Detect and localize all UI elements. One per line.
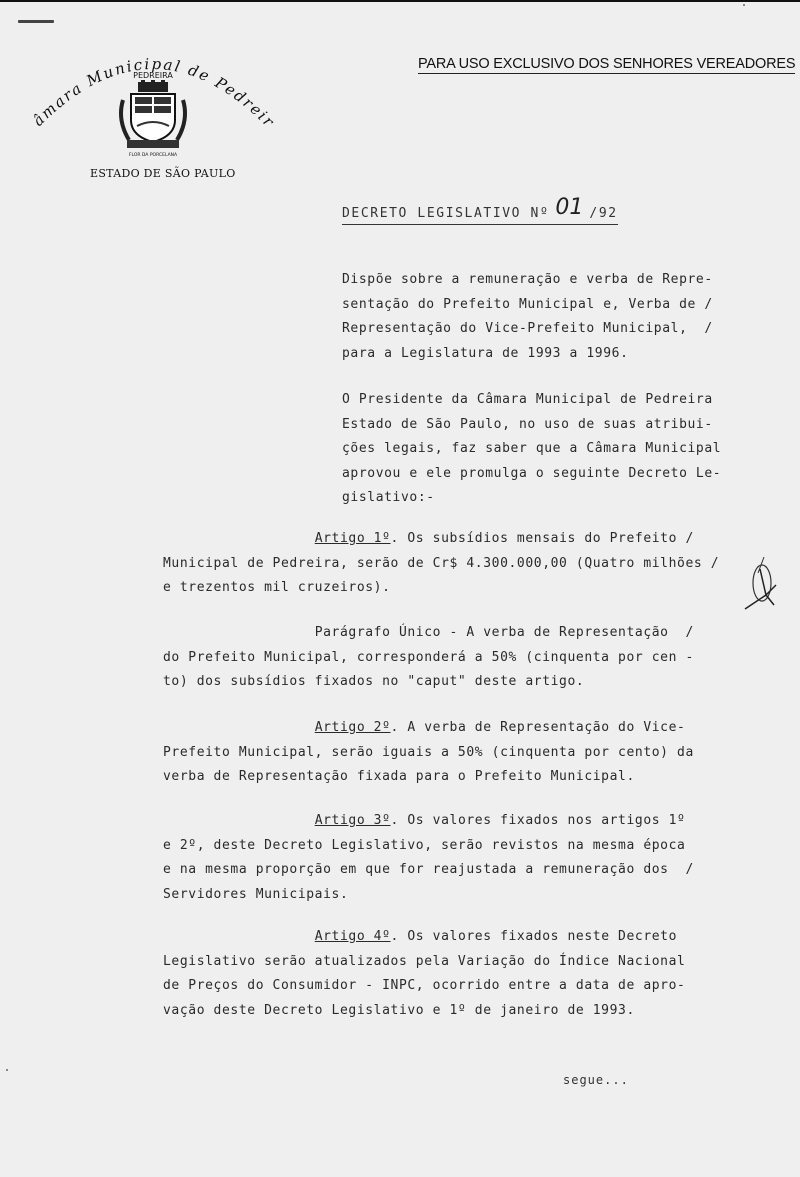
decree-title-prefix: DECRETO LEGISLATIVO Nº [342,206,549,221]
article-1: Artigo 1º. Os subsídios mensais do Prefe… [163,527,719,601]
paragraph-unico: Parágrafo Único - A verba de Representaç… [163,621,694,695]
decree-number: 01 [555,195,583,220]
article-label: Artigo 4º [315,929,391,944]
article-label: Artigo 2º [315,720,391,735]
scan-speck [743,4,745,6]
article-3: Artigo 3º. Os valores fixados nos artigo… [163,809,694,907]
article-label: Artigo 1º [315,531,391,546]
article-4: Artigo 4º. Os valores fixados neste Decr… [163,925,685,1023]
preamble: O Presidente da Câmara Municipal de Pedr… [342,388,721,511]
scan-top-edge [0,0,800,2]
continuation-note: segue... [563,1073,629,1087]
article-2: Artigo 2º. A verba de Representação do V… [163,716,694,790]
ementa: Dispõe sobre a remuneração e verba de Re… [342,268,713,366]
coat-of-arms-motto: FLOR DA PORCELANA [129,152,178,158]
coat-of-arms-banner: PEDREIRA [133,71,173,80]
chamber-seal-logo: Câmara Municipal de Pedreira PEDREIRA FL… [28,40,278,180]
exclusive-use-notice: PARA USO EXCLUSIVO DOS SENHORES VEREADOR… [418,56,795,74]
coat-of-arms-icon: PEDREIRA FLOR DA PORCELANA [121,71,185,158]
scan-mark [18,20,54,23]
letterhead-state: ESTADO DE SÃO PAULO [90,167,236,180]
handwritten-initials-icon [740,555,790,615]
article-label: Artigo 3º [315,813,391,828]
decree-title: DECRETO LEGISLATIVO Nº01/92 [342,198,618,225]
scan-speck [6,1069,8,1071]
decree-year: /92 [589,206,617,221]
